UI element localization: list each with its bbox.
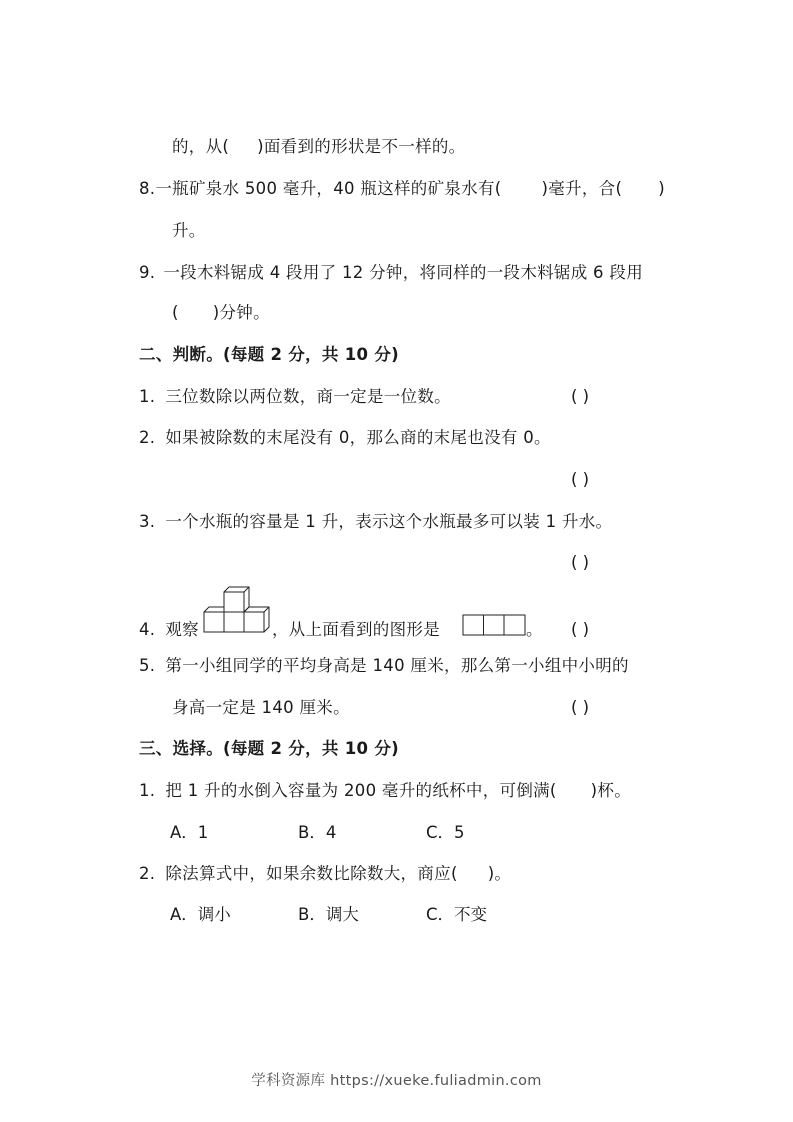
item-number: 1.: [139, 387, 155, 406]
q9-line2: ()分钟。: [172, 302, 270, 324]
q9-text-b: )分钟。: [213, 303, 270, 322]
answer-paren-5: ( ): [571, 697, 589, 719]
judge-item-4: 4.观察: [139, 619, 199, 641]
item-number: 5.: [139, 656, 155, 675]
judge-item-5-line2: 身高一定是 140 厘米。: [172, 697, 350, 719]
footer-watermark: 学科资源库 https://xueke.fuliadmin.com: [0, 1069, 793, 1090]
choice-item-1: 1.把 1 升的水倒入容量为 200 毫升的纸杯中，可倒满()杯。: [139, 780, 631, 802]
q9-line1: 9.一段木料锯成 4 段用了 12 分钟，将同样的一段木料锯成 6 段用: [139, 262, 643, 284]
q8-number: 8.: [139, 179, 155, 198]
item-text: 一个水瓶的容量是 1 升，表示这个水瓶最多可以装 1 升水。: [165, 512, 612, 531]
judge-item-3: 3.一个水瓶的容量是 1 升，表示这个水瓶最多可以装 1 升水。: [139, 511, 612, 533]
answer-paren-3: ( ): [571, 552, 589, 574]
q8-line1: 8.一瓶矿泉水 500 毫升，40 瓶这样的矿泉水有()毫升，合(): [139, 178, 665, 200]
q7-text-before: 的，从(: [172, 137, 229, 156]
item-text-b: ，从上面看到的图形是: [272, 620, 440, 639]
item-number: 2.: [139, 864, 155, 883]
q8-line2: 升。: [172, 220, 206, 242]
q8-text-c: ): [658, 179, 665, 198]
item-text-a: 除法算式中，如果余数比除数大，商应(: [165, 864, 457, 883]
answer-paren-4: ( ): [571, 619, 589, 641]
judge-item-5-line1: 5.第一小组同学的平均身高是 140 厘米，那么第一小组中小明的: [139, 655, 629, 677]
item-text-b: )杯。: [591, 781, 631, 800]
q8-text-a: 一瓶矿泉水 500 毫升，40 瓶这样的矿泉水有(: [155, 179, 501, 198]
judge-item-2: 2.如果被除数的末尾没有 0，那么商的末尾也没有 0。: [139, 427, 551, 449]
q7-continued: 的，从()面看到的形状是不一样的。: [172, 136, 465, 158]
choice-2-option-b: B．调大: [298, 904, 359, 926]
answer-paren-1: ( ): [571, 386, 589, 408]
item-number: 4.: [139, 620, 155, 639]
q8-text-b: )毫升，合(: [542, 179, 623, 198]
choice-2-option-a: A．调小: [170, 904, 231, 926]
item-text: 如果被除数的末尾没有 0，那么商的末尾也没有 0。: [165, 428, 551, 447]
judge-item-1: 1.三位数除以两位数，商一定是一位数。: [139, 386, 451, 408]
choice-1-option-b: B．4: [298, 822, 336, 844]
section3-heading: 三、选择。(每题 2 分，共 10 分): [139, 738, 399, 760]
item-text: 第一小组同学的平均身高是 140 厘米，那么第一小组中小明的: [165, 656, 628, 675]
q9-text-a: (: [172, 303, 179, 322]
top-view-figure: [462, 614, 526, 636]
answer-paren-2: ( ): [571, 469, 589, 491]
judge-item-4-c: 。: [526, 619, 543, 641]
cube-stack-figure: [202, 586, 274, 638]
item-text-a: 观察: [165, 620, 199, 639]
judge-item-4-b: ，从上面看到的图形是: [272, 619, 440, 641]
q7-text-after: )面看到的形状是不一样的。: [257, 137, 465, 156]
item-number: 2.: [139, 428, 155, 447]
item-text-a: 把 1 升的水倒入容量为 200 毫升的纸杯中，可倒满(: [165, 781, 556, 800]
choice-1-option-c: C．5: [426, 822, 465, 844]
section2-heading: 二、判断。(每题 2 分，共 10 分): [139, 344, 399, 366]
item-number: 3.: [139, 512, 155, 531]
choice-2-option-c: C．不变: [426, 904, 487, 926]
item-number: 1.: [139, 781, 155, 800]
item-text: 三位数除以两位数，商一定是一位数。: [165, 387, 451, 406]
q9-number: 9.: [139, 263, 155, 282]
q9-text: 一段木料锯成 4 段用了 12 分钟，将同样的一段木料锯成 6 段用: [163, 263, 643, 282]
choice-item-2: 2.除法算式中，如果余数比除数大，商应()。: [139, 863, 511, 885]
choice-1-option-a: A．1: [170, 822, 208, 844]
item-text-b: )。: [488, 864, 512, 883]
